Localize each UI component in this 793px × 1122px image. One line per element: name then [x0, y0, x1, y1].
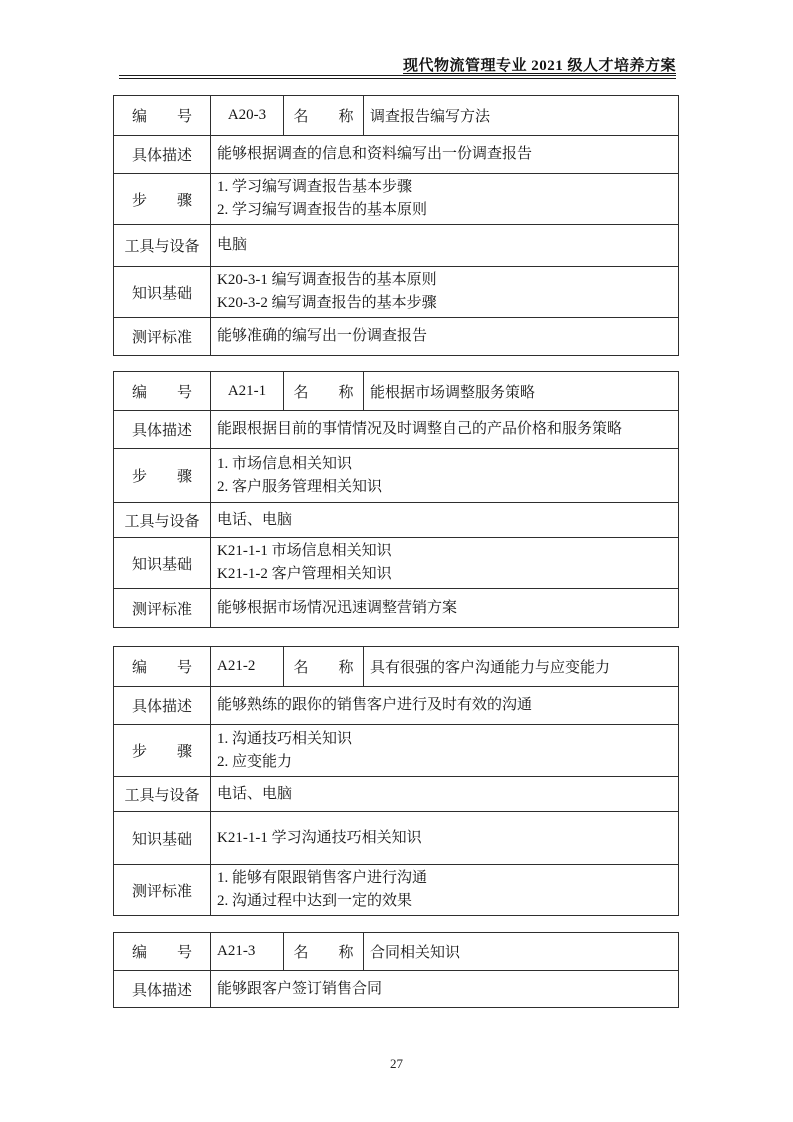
- field-label-knowledge: 知识基础: [114, 267, 211, 318]
- description-value: 能够根据调查的信息和资料编写出一份调查报告: [211, 136, 679, 174]
- knowledge-value: K20-3-1 编写调查报告的基本原则 K20-3-2 编写调查报告的基本步骤: [211, 267, 679, 318]
- field-label-description: 具体描述: [114, 687, 211, 725]
- number-value: A21-3: [211, 933, 284, 971]
- value-line: 2. 沟通过程中达到一定的效果: [217, 890, 674, 913]
- field-label-steps: 步 骤: [114, 725, 211, 777]
- value-line: 能够根据市场情况迅速调整营销方案: [217, 597, 674, 620]
- field-label-name: 名 称: [284, 372, 364, 411]
- document-page: 现代物流管理专业 2021 级人才培养方案 编 号 A20-3 名 称 调查报告…: [0, 0, 793, 1122]
- value-line: 1. 能够有限跟销售客户进行沟通: [217, 867, 674, 890]
- competency-table-a20-3: 编 号 A20-3 名 称 调查报告编写方法 具体描述 能够根据调查的信息和资料…: [113, 95, 679, 356]
- field-label-knowledge: 知识基础: [114, 812, 211, 865]
- field-label-description: 具体描述: [114, 411, 211, 449]
- value-line: 电脑: [217, 234, 674, 257]
- value-line: 能够准确的编写出一份调查报告: [217, 325, 674, 348]
- assessment-value: 1. 能够有限跟销售客户进行沟通 2. 沟通过程中达到一定的效果: [211, 865, 679, 916]
- tools-value: 电话、电脑: [211, 777, 679, 812]
- value-line: K21-1-1 市场信息相关知识: [217, 540, 674, 563]
- tools-value: 电脑: [211, 225, 679, 267]
- field-label-number: 编 号: [114, 96, 211, 136]
- field-label-assessment: 测评标准: [114, 318, 211, 356]
- field-label-steps: 步 骤: [114, 449, 211, 503]
- description-value: 能跟根据目前的事情情况及时调整自己的产品价格和服务策略: [211, 411, 679, 449]
- competency-table-a21-3: 编 号 A21-3 名 称 合同相关知识 具体描述 能够跟客户签订销售合同: [113, 932, 679, 1008]
- name-value: 合同相关知识: [364, 933, 679, 971]
- field-label-tools: 工具与设备: [114, 225, 211, 267]
- name-value: 具有很强的客户沟通能力与应变能力: [364, 647, 679, 687]
- assessment-value: 能够根据市场情况迅速调整营销方案: [211, 589, 679, 628]
- tools-value: 电话、电脑: [211, 503, 679, 538]
- value-line: 2. 应变能力: [217, 751, 674, 774]
- field-label-number: 编 号: [114, 372, 211, 411]
- field-label-steps: 步 骤: [114, 174, 211, 225]
- field-label-assessment: 测评标准: [114, 865, 211, 916]
- page-header-title: 现代物流管理专业 2021 级人才培养方案: [0, 54, 676, 75]
- value-line: 电话、电脑: [217, 509, 674, 532]
- value-line: K20-3-2 编写调查报告的基本步骤: [217, 292, 674, 315]
- value-line: 2. 学习编写调查报告的基本原则: [217, 199, 674, 222]
- knowledge-value: K21-1-1 市场信息相关知识 K21-1-2 客户管理相关知识: [211, 538, 679, 589]
- value-line: 1. 市场信息相关知识: [217, 453, 674, 476]
- field-label-knowledge: 知识基础: [114, 538, 211, 589]
- assessment-value: 能够准确的编写出一份调查报告: [211, 318, 679, 356]
- number-value: A21-2: [211, 647, 284, 687]
- header-double-rule: [119, 75, 676, 79]
- competency-table-a21-1: 编 号 A21-1 名 称 能根据市场调整服务策略 具体描述 能跟根据目前的事情…: [113, 371, 679, 628]
- value-line: K20-3-1 编写调查报告的基本原则: [217, 269, 674, 292]
- knowledge-value: K21-1-1 学习沟通技巧相关知识: [211, 812, 679, 865]
- steps-value: 1. 市场信息相关知识 2. 客户服务管理相关知识: [211, 449, 679, 503]
- page-number: 27: [0, 1056, 793, 1072]
- competency-table-a21-2: 编 号 A21-2 名 称 具有很强的客户沟通能力与应变能力 具体描述 能够熟练…: [113, 646, 679, 916]
- value-line: 2. 客户服务管理相关知识: [217, 476, 674, 499]
- value-line: 能够根据调查的信息和资料编写出一份调查报告: [217, 143, 674, 166]
- value-line: 能够熟练的跟你的销售客户进行及时有效的沟通: [217, 694, 674, 717]
- field-label-tools: 工具与设备: [114, 503, 211, 538]
- field-label-description: 具体描述: [114, 136, 211, 174]
- field-label-number: 编 号: [114, 647, 211, 687]
- steps-value: 1. 学习编写调查报告基本步骤 2. 学习编写调查报告的基本原则: [211, 174, 679, 225]
- field-label-name: 名 称: [284, 96, 364, 136]
- description-value: 能够熟练的跟你的销售客户进行及时有效的沟通: [211, 687, 679, 725]
- description-value: 能够跟客户签订销售合同: [211, 971, 679, 1008]
- value-line: 能够跟客户签订销售合同: [217, 978, 674, 1001]
- value-line: 电话、电脑: [217, 783, 674, 806]
- name-value: 调查报告编写方法: [364, 96, 679, 136]
- value-line: 能跟根据目前的事情情况及时调整自己的产品价格和服务策略: [217, 418, 674, 441]
- name-value: 能根据市场调整服务策略: [364, 372, 679, 411]
- value-line: K21-1-2 客户管理相关知识: [217, 563, 674, 586]
- value-line: K21-1-1 学习沟通技巧相关知识: [217, 827, 674, 850]
- field-label-name: 名 称: [284, 933, 364, 971]
- number-value: A21-1: [211, 372, 284, 411]
- steps-value: 1. 沟通技巧相关知识 2. 应变能力: [211, 725, 679, 777]
- field-label-description: 具体描述: [114, 971, 211, 1008]
- value-line: 1. 沟通技巧相关知识: [217, 728, 674, 751]
- field-label-tools: 工具与设备: [114, 777, 211, 812]
- field-label-assessment: 测评标准: [114, 589, 211, 628]
- number-value: A20-3: [211, 96, 284, 136]
- field-label-number: 编 号: [114, 933, 211, 971]
- value-line: 1. 学习编写调查报告基本步骤: [217, 176, 674, 199]
- field-label-name: 名 称: [284, 647, 364, 687]
